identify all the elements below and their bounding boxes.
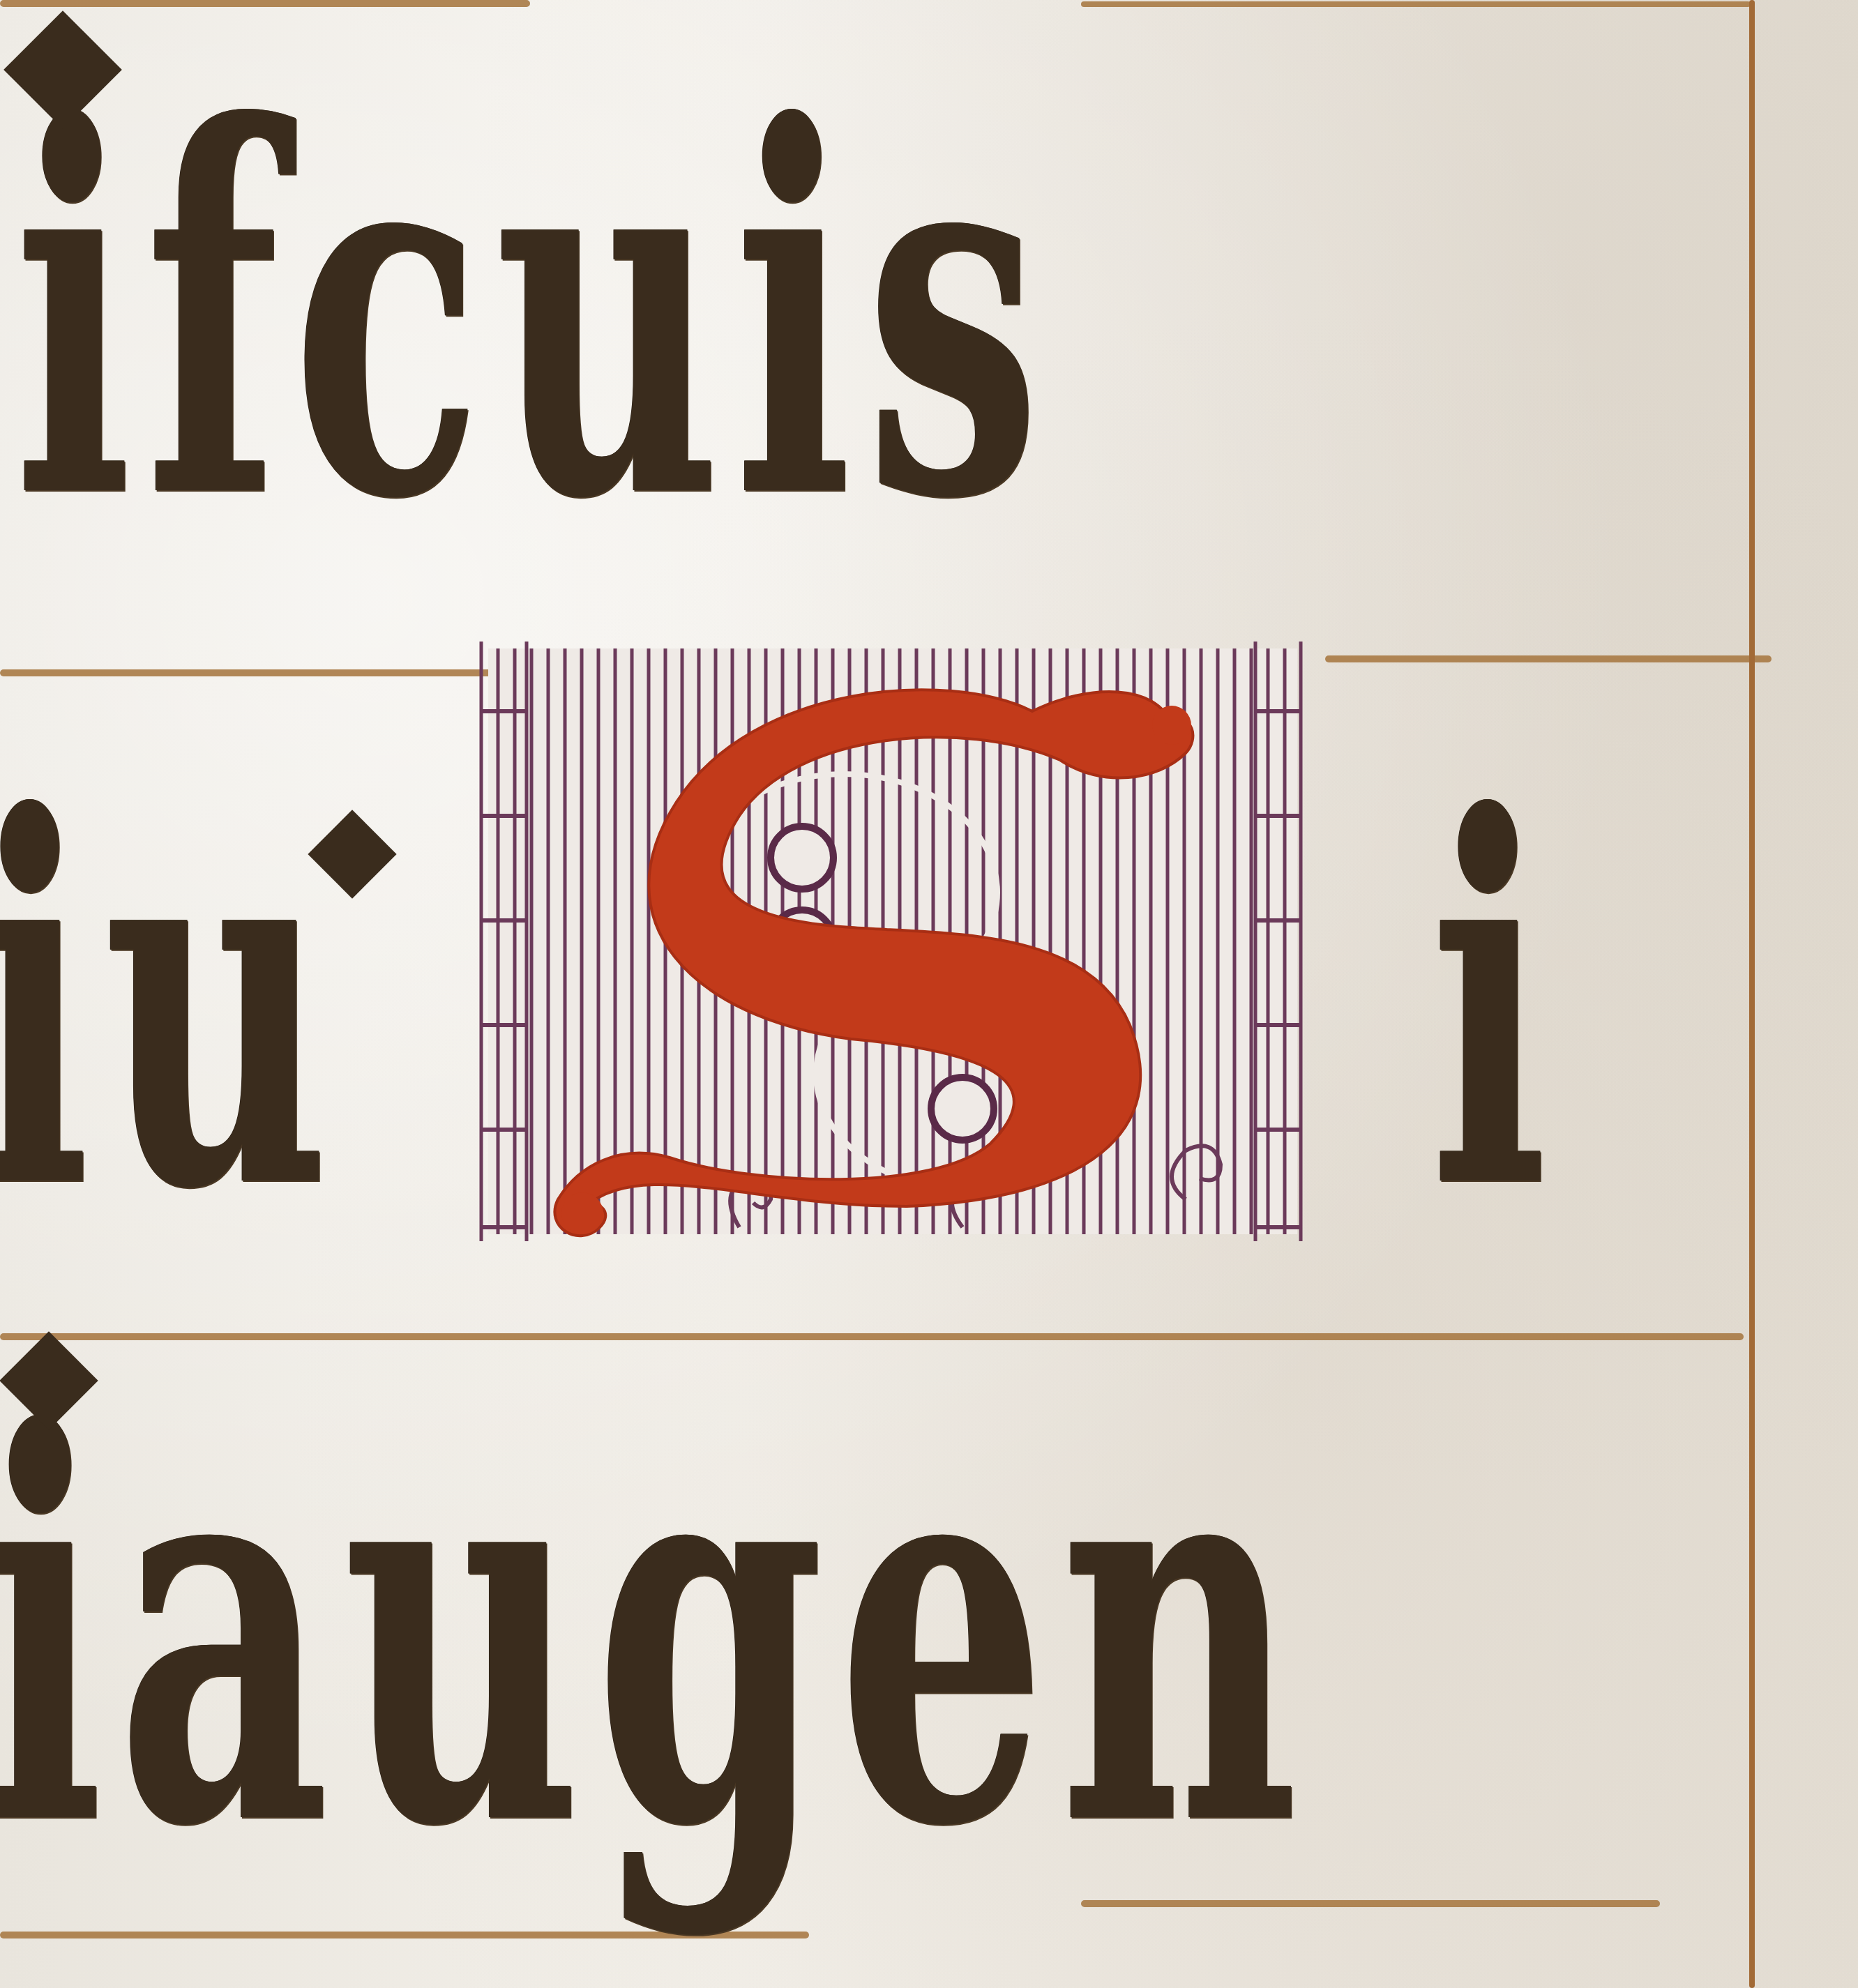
staff-rule-line-2-right bbox=[1325, 655, 1772, 662]
text-line-2-right: i bbox=[1430, 753, 1561, 1255]
illuminated-initial-s bbox=[460, 628, 1325, 1255]
text-line-3: iaugen bbox=[0, 1367, 1311, 1897]
right-margin-line bbox=[1749, 0, 1755, 1988]
text-line-1: ifcuis bbox=[14, 63, 1053, 565]
top-rule-line-right bbox=[1081, 1, 1751, 7]
top-rule-line bbox=[0, 0, 530, 7]
decorated-initial-s-icon bbox=[460, 628, 1325, 1255]
text-line-2-left: iu bbox=[0, 753, 342, 1255]
